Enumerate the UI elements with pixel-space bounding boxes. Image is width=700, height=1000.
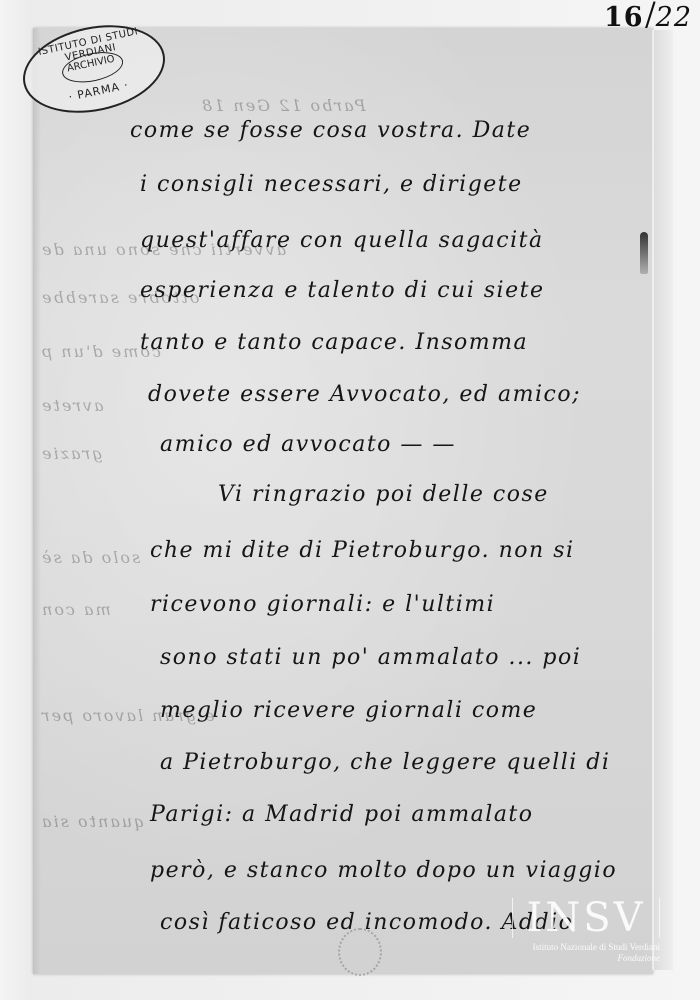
letter-line: sono stati un po' ammalato ... poi: [160, 645, 581, 670]
ink-blot: [640, 232, 648, 274]
watermark-subtitle: Fondazione: [512, 953, 660, 964]
letter-line: quest'affare con quella sagacità: [140, 228, 544, 253]
letter-line: come se fosse cosa vostra. Date: [130, 118, 531, 143]
fold-line: [652, 30, 654, 970]
sheet-right-edge: [653, 30, 673, 970]
watermark-logo: INSV: [512, 898, 660, 938]
bleed-line: avrete: [40, 396, 104, 415]
letter-line: esperienza e talento di cui siete: [140, 278, 544, 303]
letter-line: amico ed avvocato — —: [160, 432, 456, 457]
letter-line: Parigi: a Madrid poi ammalato: [150, 802, 534, 827]
page-total: 22: [656, 2, 692, 33]
bleed-header: Parbo 12 Gen 18: [200, 96, 366, 115]
bleed-line: quanto sia: [40, 812, 144, 831]
letter-line: tanto e tanto capace. Insomma: [140, 330, 528, 355]
bleed-line: solo da sè: [40, 548, 140, 567]
letter-line: dovete essere Avvocato, ed amico;: [148, 382, 581, 407]
letter-line: meglio ricevere giornali come: [160, 698, 537, 723]
letter-line: ricevono giornali: e l'ultimi: [150, 592, 495, 617]
letter-line: però, e stanco molto dopo un viaggio: [150, 858, 617, 883]
insv-watermark: INSV Istituto Nazionale di Studi Verdian…: [512, 898, 660, 968]
letter-line: i consigli necessari, e dirigete: [140, 172, 523, 197]
bleed-line: ma con: [40, 600, 111, 619]
watermark-institute: Istituto Nazionale di Studi Verdiani: [512, 942, 660, 953]
bleed-line: grazie: [40, 444, 102, 463]
letter-line: Vi ringrazio poi delle cose: [218, 482, 549, 507]
letter-line: a Pietroburgo, che leggere quelli di: [160, 750, 610, 775]
faint-stamp-mark: [338, 928, 382, 976]
letter-line: che mi dite di Pietroburgo. non si: [150, 538, 575, 563]
